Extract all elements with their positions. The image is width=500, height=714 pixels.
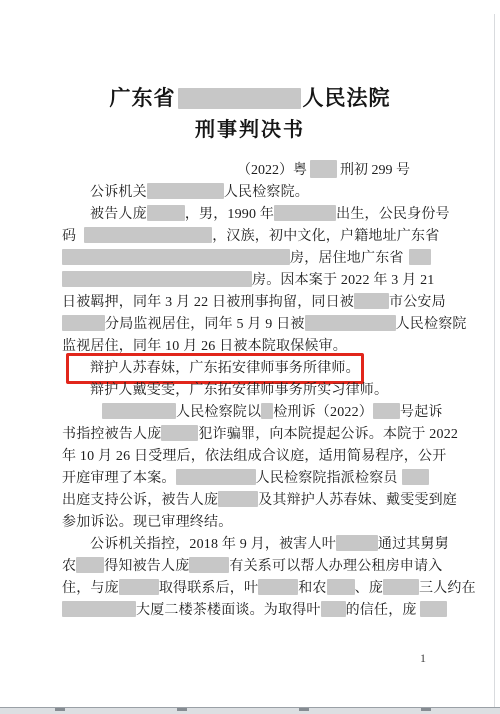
page-right-edge [494, 14, 495, 708]
bottom-strip-tick [177, 708, 187, 711]
redaction-box [354, 293, 389, 309]
text-segment: 和农 [298, 581, 326, 596]
document-type-title: 刑事判决书 [0, 113, 500, 142]
redaction-box [258, 579, 298, 595]
document-line: 书指控被告人庞犯诈骗罪，向本院提起公诉。本院于 2022 [62, 424, 434, 446]
text-segment: 大厦二楼茶楼面谈。为取得叶 [136, 603, 321, 618]
document-body: 公诉机关人民检察院。被告人庞，男，1990 年出生，公民身份号码，汉族，初中文化… [62, 182, 434, 622]
text-segment: 年 10 月 26 日受理后，依法组成合议庭，适用简易程序，公开 [62, 449, 446, 464]
text-segment: 人民检察院 [396, 317, 467, 332]
text-segment: 犯诈骗罪，向本院提起公诉。本院于 2022 [198, 427, 458, 442]
text-segment: 公诉机关指控，2018 年 9 月，被害人叶 [90, 537, 336, 552]
document-line: 房，居住地广东省 [62, 248, 434, 270]
text-segment: 、庞 [355, 581, 383, 596]
document-line: 监视居住，同年 10 月 26 日被本院取保候审。 [62, 336, 434, 358]
text-segment: 房，居住地广东省 [290, 251, 404, 266]
text-segment: 辩护人苏春妹，广东拓安律师事务所律师。 [90, 361, 360, 376]
document-line: 开庭审理了本案。人民检察院指派检察员 [62, 468, 434, 490]
court-name-redaction [178, 88, 301, 109]
redaction-box [383, 579, 419, 595]
redaction-box [218, 491, 258, 507]
redaction-box [62, 315, 105, 331]
court-title-line: 广东省人民法院 [0, 82, 500, 112]
document-line: 住，与庞取得联系后，叶和农、庞三人约在 [62, 578, 434, 600]
text-segment: 得知被告人庞 [104, 559, 189, 574]
redaction-box [321, 601, 346, 617]
redaction-box [84, 227, 212, 243]
bottom-strip-tick [421, 708, 431, 711]
text-segment: 市公安局 [389, 295, 446, 310]
document-line: 大厦二楼茶楼面谈。为取得叶的信任，庞 [62, 600, 434, 622]
court-name-prefix: 广东省 [110, 86, 176, 110]
redaction-box [402, 469, 429, 485]
text-segment: 及其辩护人苏春妹、戴雯雯到庭 [258, 493, 457, 508]
text-segment: 出庭支持公诉，被告人庞 [62, 493, 218, 508]
redaction-box [119, 579, 159, 595]
document-line: 日被羁押，同年 3 月 22 日被刑事拘留，同日被市公安局 [62, 292, 434, 314]
text-segment: 人民检察院。 [224, 185, 309, 200]
redaction-box [189, 557, 229, 573]
redaction-box [161, 425, 198, 441]
redaction-box [76, 557, 104, 573]
text-segment: 开庭审理了本案。 [62, 471, 176, 486]
text-segment: 日被羁押，同年 3 月 22 日被刑事拘留，同日被 [62, 295, 354, 310]
text-segment: 分局监视居住，同年 5 月 9 日被 [105, 317, 305, 332]
document-line: 公诉机关指控，2018 年 9 月，被害人叶通过其舅舅 [62, 534, 434, 556]
text-segment: 辩护人戴雯雯，广东拓安律师事务所实习律师。 [90, 383, 388, 398]
page-number: 1 [420, 651, 426, 666]
redaction-box [62, 249, 290, 265]
case-number-right: 刑初 299 号 [340, 163, 410, 178]
document-line: 参加诉讼。现已审理终结。 [62, 512, 434, 534]
document-line: 人民检察院以检刑诉（2022）号起诉 [62, 402, 434, 424]
text-segment: 被告人庞 [90, 207, 147, 222]
case-number-left: （2022）粤 [237, 163, 307, 178]
text-segment: 书指控被告人庞 [62, 427, 161, 442]
text-segment: 通过其舅舅 [378, 537, 449, 552]
document-line-highlighted: 辩护人苏春妹，广东拓安律师事务所律师。 [62, 358, 434, 380]
redaction-box [102, 403, 176, 419]
court-name-suffix: 人民法院 [303, 86, 391, 110]
redaction-box [62, 601, 136, 617]
text-segment: 号起诉 [400, 405, 443, 420]
redaction-box [420, 601, 447, 617]
redaction-box [274, 205, 336, 221]
text-segment: 码 [62, 229, 76, 244]
redaction-box [305, 315, 396, 331]
redaction-box [336, 535, 378, 551]
text-segment: 检刑诉（2022） [273, 405, 373, 420]
viewer-bottom-strip [0, 707, 500, 714]
document-line: 码，汉族，初中文化，户籍地址广东省 [62, 226, 434, 248]
text-segment: ，汉族，初中文化，户籍地址广东省 [212, 229, 439, 244]
text-segment: 公诉机关 [90, 185, 147, 200]
document-line: 出庭支持公诉，被告人庞及其辩护人苏春妹、戴雯雯到庭 [62, 490, 434, 512]
document-line: 年 10 月 26 日受理后，依法组成合议庭，适用简易程序，公开 [62, 446, 434, 468]
redaction-box [327, 579, 355, 595]
redaction-box [147, 183, 224, 199]
redaction-box [409, 249, 431, 265]
redaction-box [62, 271, 252, 287]
document-line: 辩护人戴雯雯，广东拓安律师事务所实习律师。 [62, 380, 434, 402]
text-segment: 取得联系后，叶 [159, 581, 258, 596]
text-segment: 监视居住，同年 10 月 26 日被本院取保候审。 [62, 339, 347, 354]
text-segment: 农 [62, 559, 76, 574]
text-segment: 的信任，庞 [346, 603, 417, 618]
bottom-strip-tick [55, 708, 65, 711]
redaction-box [373, 403, 400, 419]
text-segment: 住，与庞 [62, 581, 119, 596]
bottom-strip-tick [299, 708, 309, 711]
scanned-judgment-page: 广东省人民法院 刑事判决书 （2022）粤刑初 299 号 公诉机关人民检察院。… [0, 0, 500, 714]
redaction-box [261, 403, 273, 419]
text-segment: 三人约在 [419, 581, 476, 596]
text-segment: 有关系可以帮人办理公租房申请入 [229, 559, 442, 574]
text-segment: 出生，公民身份号 [336, 207, 450, 222]
text-segment: 人民检察院指派检察员 [256, 471, 398, 486]
text-segment: 人民检察院以 [176, 405, 261, 420]
document-line: 农得知被告人庞有关系可以帮人办理公租房申请入 [62, 556, 434, 578]
document-line: 公诉机关人民检察院。 [62, 182, 434, 204]
document-line: 被告人庞，男，1990 年出生，公民身份号 [62, 204, 434, 226]
redaction-box [147, 205, 185, 221]
case-number-line: （2022）粤刑初 299 号 [237, 159, 410, 179]
case-number-redaction [310, 160, 337, 178]
text-segment: ，男，1990 年 [185, 207, 274, 222]
document-line: 房。因本案于 2022 年 3 月 21 [62, 270, 434, 292]
text-segment: 房。因本案于 2022 年 3 月 21 [252, 273, 435, 288]
redaction-box [176, 469, 256, 485]
document-line: 分局监视居住，同年 5 月 9 日被人民检察院 [62, 314, 434, 336]
text-segment: 参加诉讼。现已审理终结。 [62, 515, 232, 530]
